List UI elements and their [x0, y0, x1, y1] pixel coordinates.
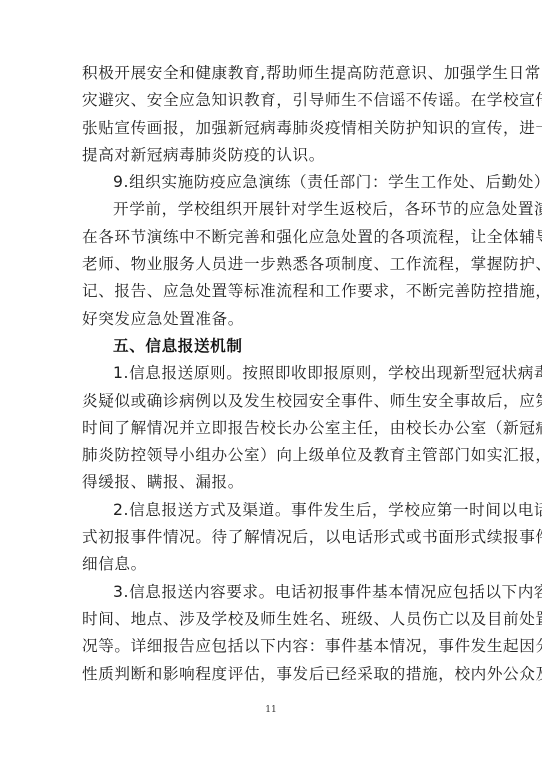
page-body: 积极开展安全和健康教育,帮助师生提高防范意识、加强学生日常防 灾避灾、安全应急知… — [82, 60, 462, 688]
paragraph-line: 式初报事件情况。待了解情况后，以电话形式或书面形式续报事件详 — [82, 524, 462, 551]
paragraph-line: 肺炎防控领导小组办公室）向上级单位及教育主管部门如实汇报，不 — [82, 442, 462, 469]
document-page: 积极开展安全和健康教育,帮助师生提高防范意识、加强学生日常防 灾避灾、安全应急知… — [0, 0, 542, 768]
paragraph-line: 积极开展安全和健康教育,帮助师生提高防范意识、加强学生日常防 — [82, 60, 462, 87]
paragraph-line: 时间、地点、涉及学校及师生姓名、班级、人员伤亡以及目前处置情 — [82, 606, 462, 633]
paragraph-line: 3.信息报送内容要求。电话初报事件基本情况应包括以下内容： — [82, 579, 462, 606]
paragraph-line: 在各环节演练中不断完善和强化应急处置的各项流程，让全体辅导员 — [82, 224, 462, 251]
paragraph-line: 1.信息报送原则。按照即收即报原则，学校出现新型冠状病毒肺 — [82, 360, 462, 387]
paragraph-line: 2.信息报送方式及渠道。事件发生后，学校应第一时间以电话形 — [82, 497, 462, 524]
paragraph-line: 张贴宣传画报，加强新冠病毒肺炎疫情相关防护知识的宣传，进一步 — [82, 115, 462, 142]
paragraph-line: 时间了解情况并立即报告校长办公室主任，由校长办公室（新冠病毒 — [82, 415, 462, 442]
paragraph-line: 况等。详细报告应包括以下内容：事件基本情况，事件发生起因分析、 — [82, 633, 462, 660]
section-heading: 五、信息报送机制 — [82, 333, 462, 360]
section-item-title: 9.组织实施防疫应急演练（责任部门：学生工作处、后勤处） — [82, 169, 462, 196]
paragraph-line: 老师、物业服务人员进一步熟悉各项制度、工作流程，掌握防护、登 — [82, 251, 462, 278]
paragraph-line: 性质判断和影响程度评估，事发后已经采取的措施，校内外公众及媒 — [82, 661, 462, 688]
paragraph-line: 开学前，学校组织开展针对学生返校后，各环节的应急处置演练。 — [82, 196, 462, 223]
paragraph-line: 细信息。 — [82, 551, 462, 578]
paragraph-line: 好突发应急处置准备。 — [82, 306, 462, 333]
paragraph-line: 炎疑似或确诊病例以及发生校园安全事件、师生安全事故后，应第一 — [82, 388, 462, 415]
paragraph-line: 提高对新冠病毒肺炎防疫的认识。 — [82, 142, 462, 169]
paragraph-line: 记、报告、应急处置等标准流程和工作要求，不断完善防控措施，做 — [82, 278, 462, 305]
page-number: 11 — [0, 705, 542, 715]
paragraph-line: 灾避灾、安全应急知识教育，引导师生不信谣不传谣。在学校宣传栏 — [82, 87, 462, 114]
paragraph-line: 得缓报、瞒报、漏报。 — [82, 469, 462, 496]
